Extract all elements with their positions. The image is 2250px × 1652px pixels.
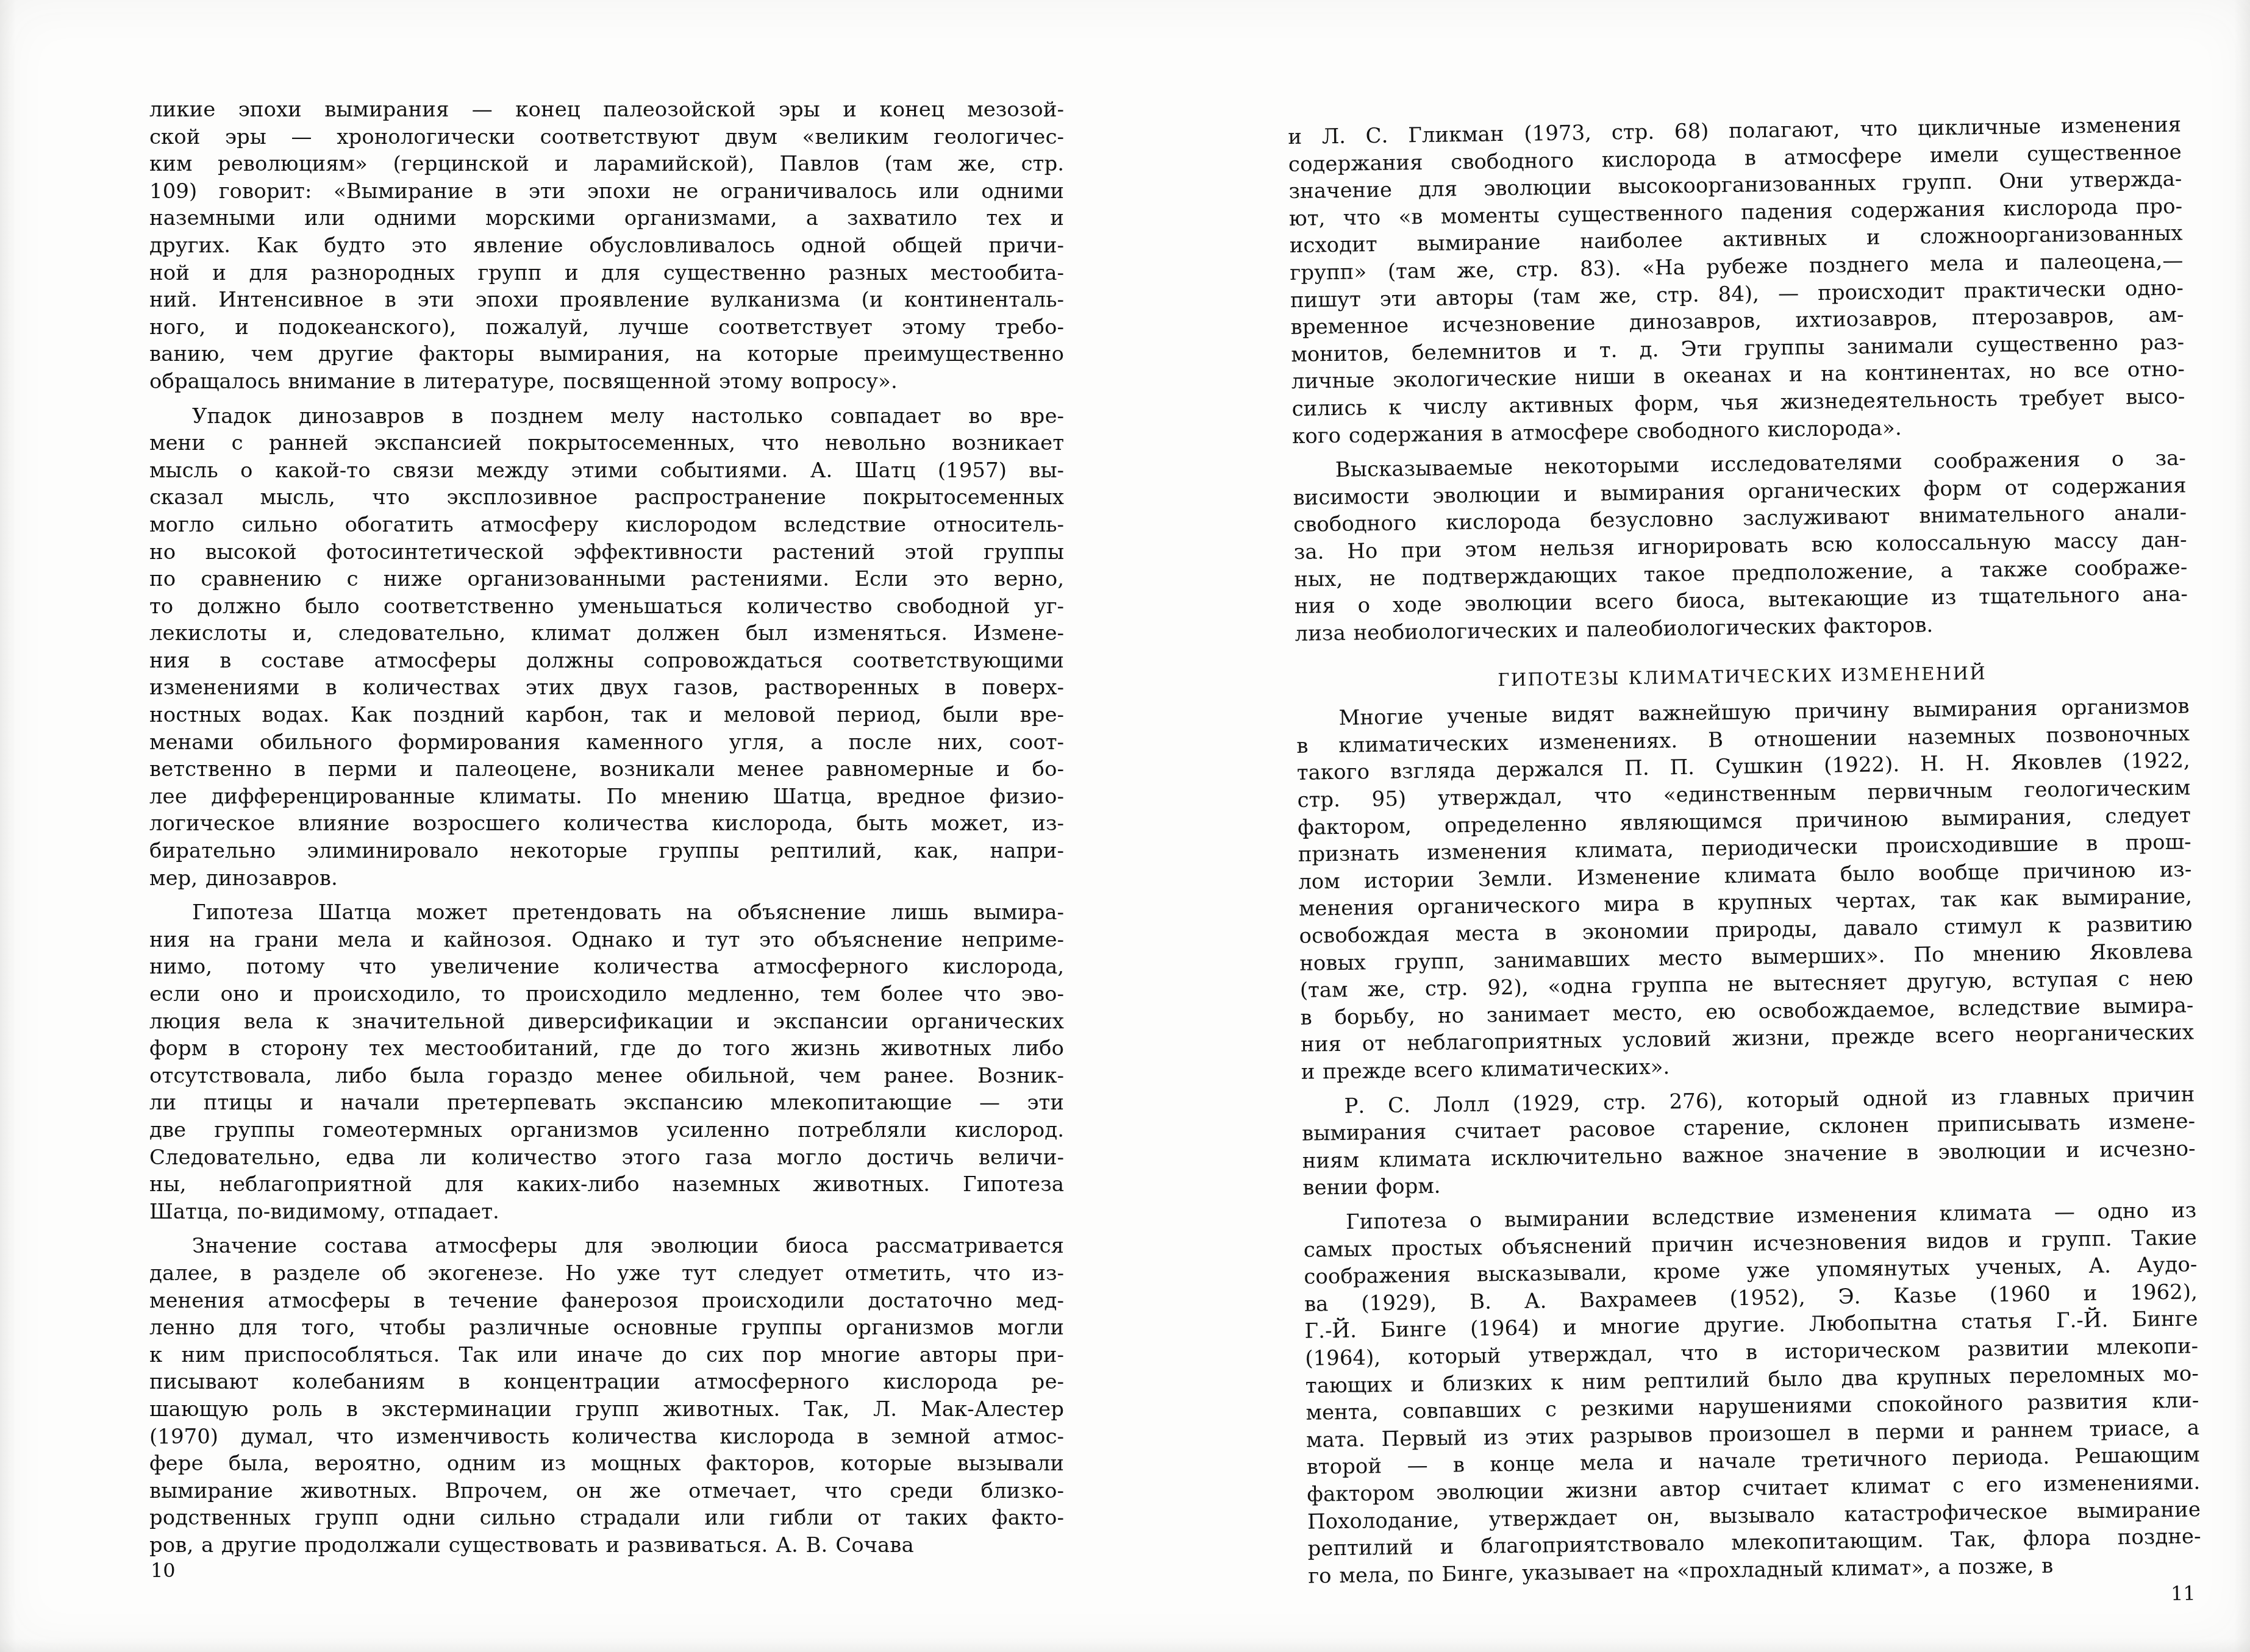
- scan-edge-left: [0, 0, 16, 1652]
- text-line: ной и для разнородных групп и для сущест…: [149, 260, 1064, 287]
- text-line: ного, и подокеанского), пожалуй, лучше с…: [149, 314, 1064, 341]
- text-line: ния в составе атмосферы должны сопровожд…: [149, 647, 1064, 675]
- text-line: лее дифференцированные климаты. По мнени…: [149, 783, 1064, 811]
- text-line: к ним приспособляться. Так или иначе до …: [149, 1342, 1064, 1369]
- paragraph: Многие ученые видят важнейшую причину вы…: [1296, 693, 2195, 1086]
- text-line: ветственно в перми и палеоцене, возникал…: [149, 756, 1064, 783]
- text-line: по сравнению с ниже организованными раст…: [149, 566, 1064, 593]
- paragraph: Упадок динозавров в позднем мелу настоль…: [149, 403, 1064, 892]
- text-line: ли птицы и начали претерпевать экспансию…: [149, 1089, 1064, 1117]
- text-line: если оно и происходило, то происходило м…: [149, 981, 1064, 1008]
- paragraph: Значение состава атмосферы для эволюции …: [149, 1233, 1064, 1559]
- paragraph: Гипотеза Шатца может претендовать на объ…: [149, 899, 1064, 1225]
- text-line: шающую роль в экстерминации групп животн…: [149, 1396, 1064, 1423]
- text-line: мер, динозавров.: [149, 865, 1064, 892]
- text-line: ванию, чем другие факторы вымирания, на …: [149, 341, 1064, 368]
- text-line: ров, а другие продолжали существовать и …: [149, 1532, 1064, 1559]
- text-line: писывают колебаниям в концентрации атмос…: [149, 1369, 1064, 1396]
- text-line: других. Как будто это явление обусловлив…: [149, 232, 1064, 260]
- text-line: изменениями в количествах этих двух газо…: [149, 674, 1064, 702]
- text-line: люция вела к значительной диверсификации…: [149, 1008, 1064, 1036]
- text-line: фере была, вероятно, одним из мощных фак…: [149, 1450, 1064, 1478]
- page-number-left: 10: [151, 1558, 176, 1583]
- text-line: наземными или одними морскими организмам…: [149, 205, 1064, 232]
- text-line: 109) говорит: «Вымирание в эти эпохи не …: [149, 178, 1064, 205]
- section-heading: ГИПОТЕЗЫ КЛИМАТИЧЕСКИХ ИЗМЕНЕНИЙ: [1296, 657, 2189, 697]
- page-right-lower-paragraphs: Многие ученые видят важнейшую причину вы…: [1296, 693, 2201, 1590]
- paragraph: и Л. С. Гликман (1973, стр. 68) полагают…: [1288, 112, 2185, 450]
- text-line: лекислоты и, следовательно, климат долже…: [149, 620, 1064, 647]
- text-line: Значение состава атмосферы для эволюции …: [149, 1233, 1064, 1260]
- paragraph: Гипотеза о вымирании вследствие изменени…: [1303, 1197, 2202, 1590]
- page-right-text-column: и Л. С. Гликман (1973, стр. 68) полагают…: [1288, 112, 2202, 1618]
- text-line: могло сильно обогатить атмосферу кислоро…: [149, 511, 1064, 539]
- text-line: ленно для того, чтобы различные основные…: [149, 1314, 1064, 1342]
- text-line: ким революциям» (герцинской и ларамийско…: [149, 151, 1064, 178]
- paragraph: ликие эпохи вымирания — конец палеозойск…: [149, 96, 1064, 396]
- text-line: менами обильного формирования каменного …: [149, 729, 1064, 757]
- paragraph: Р. С. Лолл (1929, стр. 276), который одн…: [1301, 1081, 2196, 1202]
- text-line: вымирание животных. Впрочем, он же отмеч…: [149, 1478, 1064, 1505]
- paragraph: Высказываемые некоторыми исследователями…: [1293, 445, 2188, 648]
- text-line: (1970) думал, что изменчивость количеств…: [149, 1423, 1064, 1451]
- text-line: менения атмосферы в течение фанерозоя пр…: [149, 1287, 1064, 1315]
- text-line: ния на грани мела и кайнозоя. Однако и т…: [149, 927, 1064, 954]
- text-line: ностных водах. Как поздний карбон, так и…: [149, 702, 1064, 729]
- text-line: обращалось внимание в литературе, посвящ…: [149, 368, 1064, 396]
- text-line: мени с ранней экспансией покрытосеменных…: [149, 430, 1064, 457]
- text-line: ликие эпохи вымирания — конец палеозойск…: [149, 96, 1064, 124]
- text-line: мысль о какой-то связи между этими событ…: [149, 457, 1064, 485]
- text-line: то должно было соответственно уменьшатьс…: [149, 593, 1064, 621]
- text-line: бирательно элиминировало некоторые групп…: [149, 838, 1064, 865]
- text-line: отсутствовала, либо была гораздо менее о…: [149, 1063, 1064, 1090]
- text-line: Следовательно, едва ли количество этого …: [149, 1144, 1064, 1172]
- text-line: Упадок динозавров в позднем мелу настоль…: [149, 403, 1064, 430]
- text-line: ний. Интенсивное в эти эпохи проявление …: [149, 287, 1064, 314]
- text-line: форм в сторону тех местообитаний, где до…: [149, 1035, 1064, 1063]
- text-line: но высокой фотосинтетической эффективнос…: [149, 539, 1064, 566]
- text-line: ской эры — хронологически соответствуют …: [149, 124, 1064, 151]
- text-line: Шатца, по-видимому, отпадает.: [149, 1198, 1064, 1226]
- text-line: сказал мысль, что эксплозивное распростр…: [149, 484, 1064, 511]
- page-right-upper-paragraphs: и Л. С. Гликман (1973, стр. 68) полагают…: [1288, 112, 2188, 648]
- text-line: родственных групп одни сильно страдали и…: [149, 1504, 1064, 1532]
- text-line: Гипотеза Шатца может претендовать на объ…: [149, 899, 1064, 927]
- text-line: нимо, потому что увеличение количества а…: [149, 953, 1064, 981]
- scan-edge-bottom: [0, 1639, 2250, 1652]
- book-spread: ликие эпохи вымирания — конец палеозойск…: [0, 0, 2250, 1652]
- text-line: далее, в разделе об экогенезе. Но уже ту…: [149, 1260, 1064, 1287]
- text-line: логическое влияние возросшего количества…: [149, 810, 1064, 838]
- scan-edge-right: [2234, 0, 2250, 1652]
- text-line: две группы гомеотермных организмов усиле…: [149, 1117, 1064, 1144]
- page-left-text-column: ликие эпохи вымирания — конец палеозойск…: [149, 96, 1064, 1559]
- text-line: ны, неблагоприятной для каких-либо назем…: [149, 1171, 1064, 1198]
